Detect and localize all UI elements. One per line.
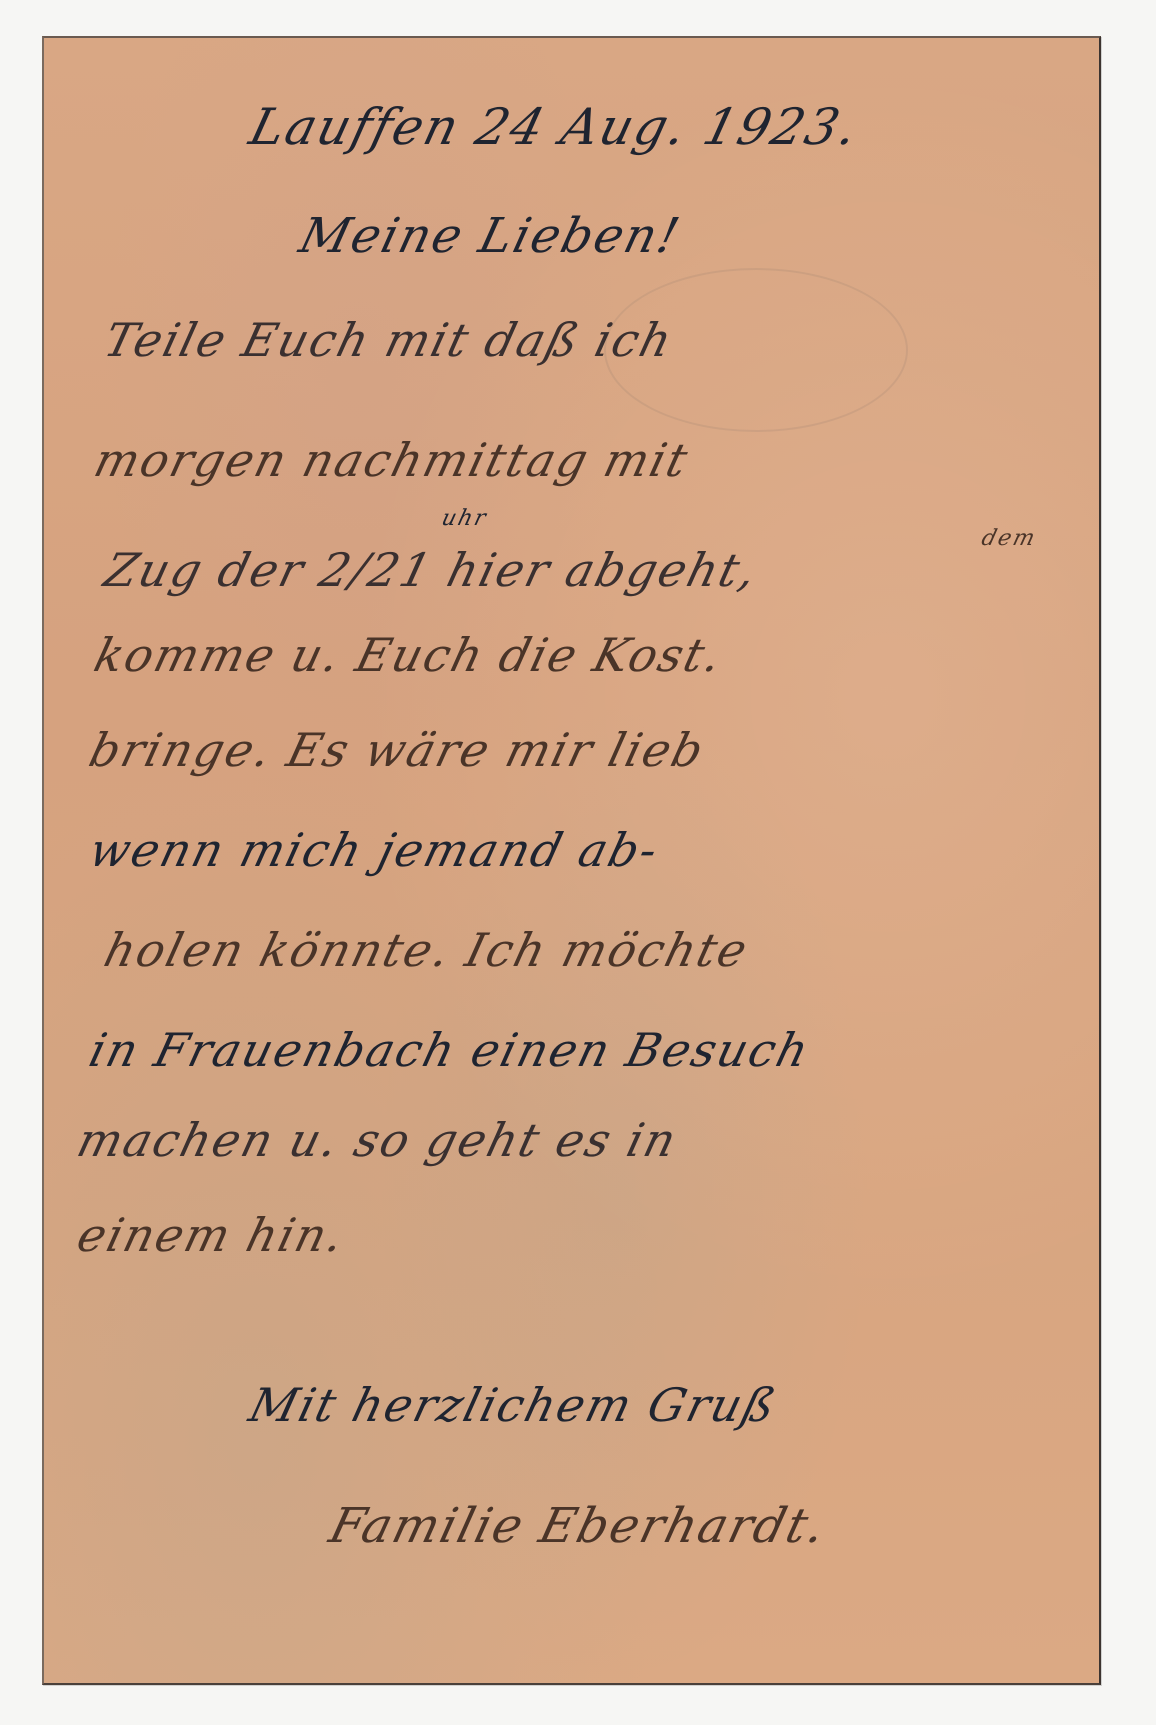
body-line-7: holen könnte. Ich möchte	[99, 923, 754, 977]
margin-inserted-word: dem	[979, 526, 1039, 551]
body-line-8: in Frauenbach einen Besuch	[84, 1023, 816, 1077]
body-line-5: bringe. Es wäre mir lieb	[84, 723, 711, 777]
signature: Familie Eberhardt.	[324, 1498, 833, 1554]
postcard-paper: Lauffen 24 Aug. 1923. Meine Lieben! Teil…	[42, 36, 1101, 1685]
body-line-3: Zug der 2/21 hier abgeht,	[99, 543, 764, 597]
body-line-10: einem hin.	[72, 1208, 351, 1262]
salutation: Meine Lieben!	[294, 208, 686, 264]
scanned-postcard: Lauffen 24 Aug. 1923. Meine Lieben! Teil…	[0, 0, 1156, 1725]
body-line-6: wenn mich jemand ab-	[84, 823, 665, 877]
closing-greeting: Mit herzlichem Gruß	[244, 1378, 783, 1432]
place-date-heading: Lauffen 24 Aug. 1923.	[244, 98, 865, 156]
body-line-1: Teile Euch mit daß ich	[99, 313, 679, 367]
inserted-word-above: uhr	[439, 506, 490, 531]
body-line-9: machen u. so geht es in	[72, 1113, 683, 1167]
body-line-4: komme u. Euch die Kost.	[89, 628, 729, 682]
body-line-2: morgen nachmittag mit	[89, 433, 695, 487]
